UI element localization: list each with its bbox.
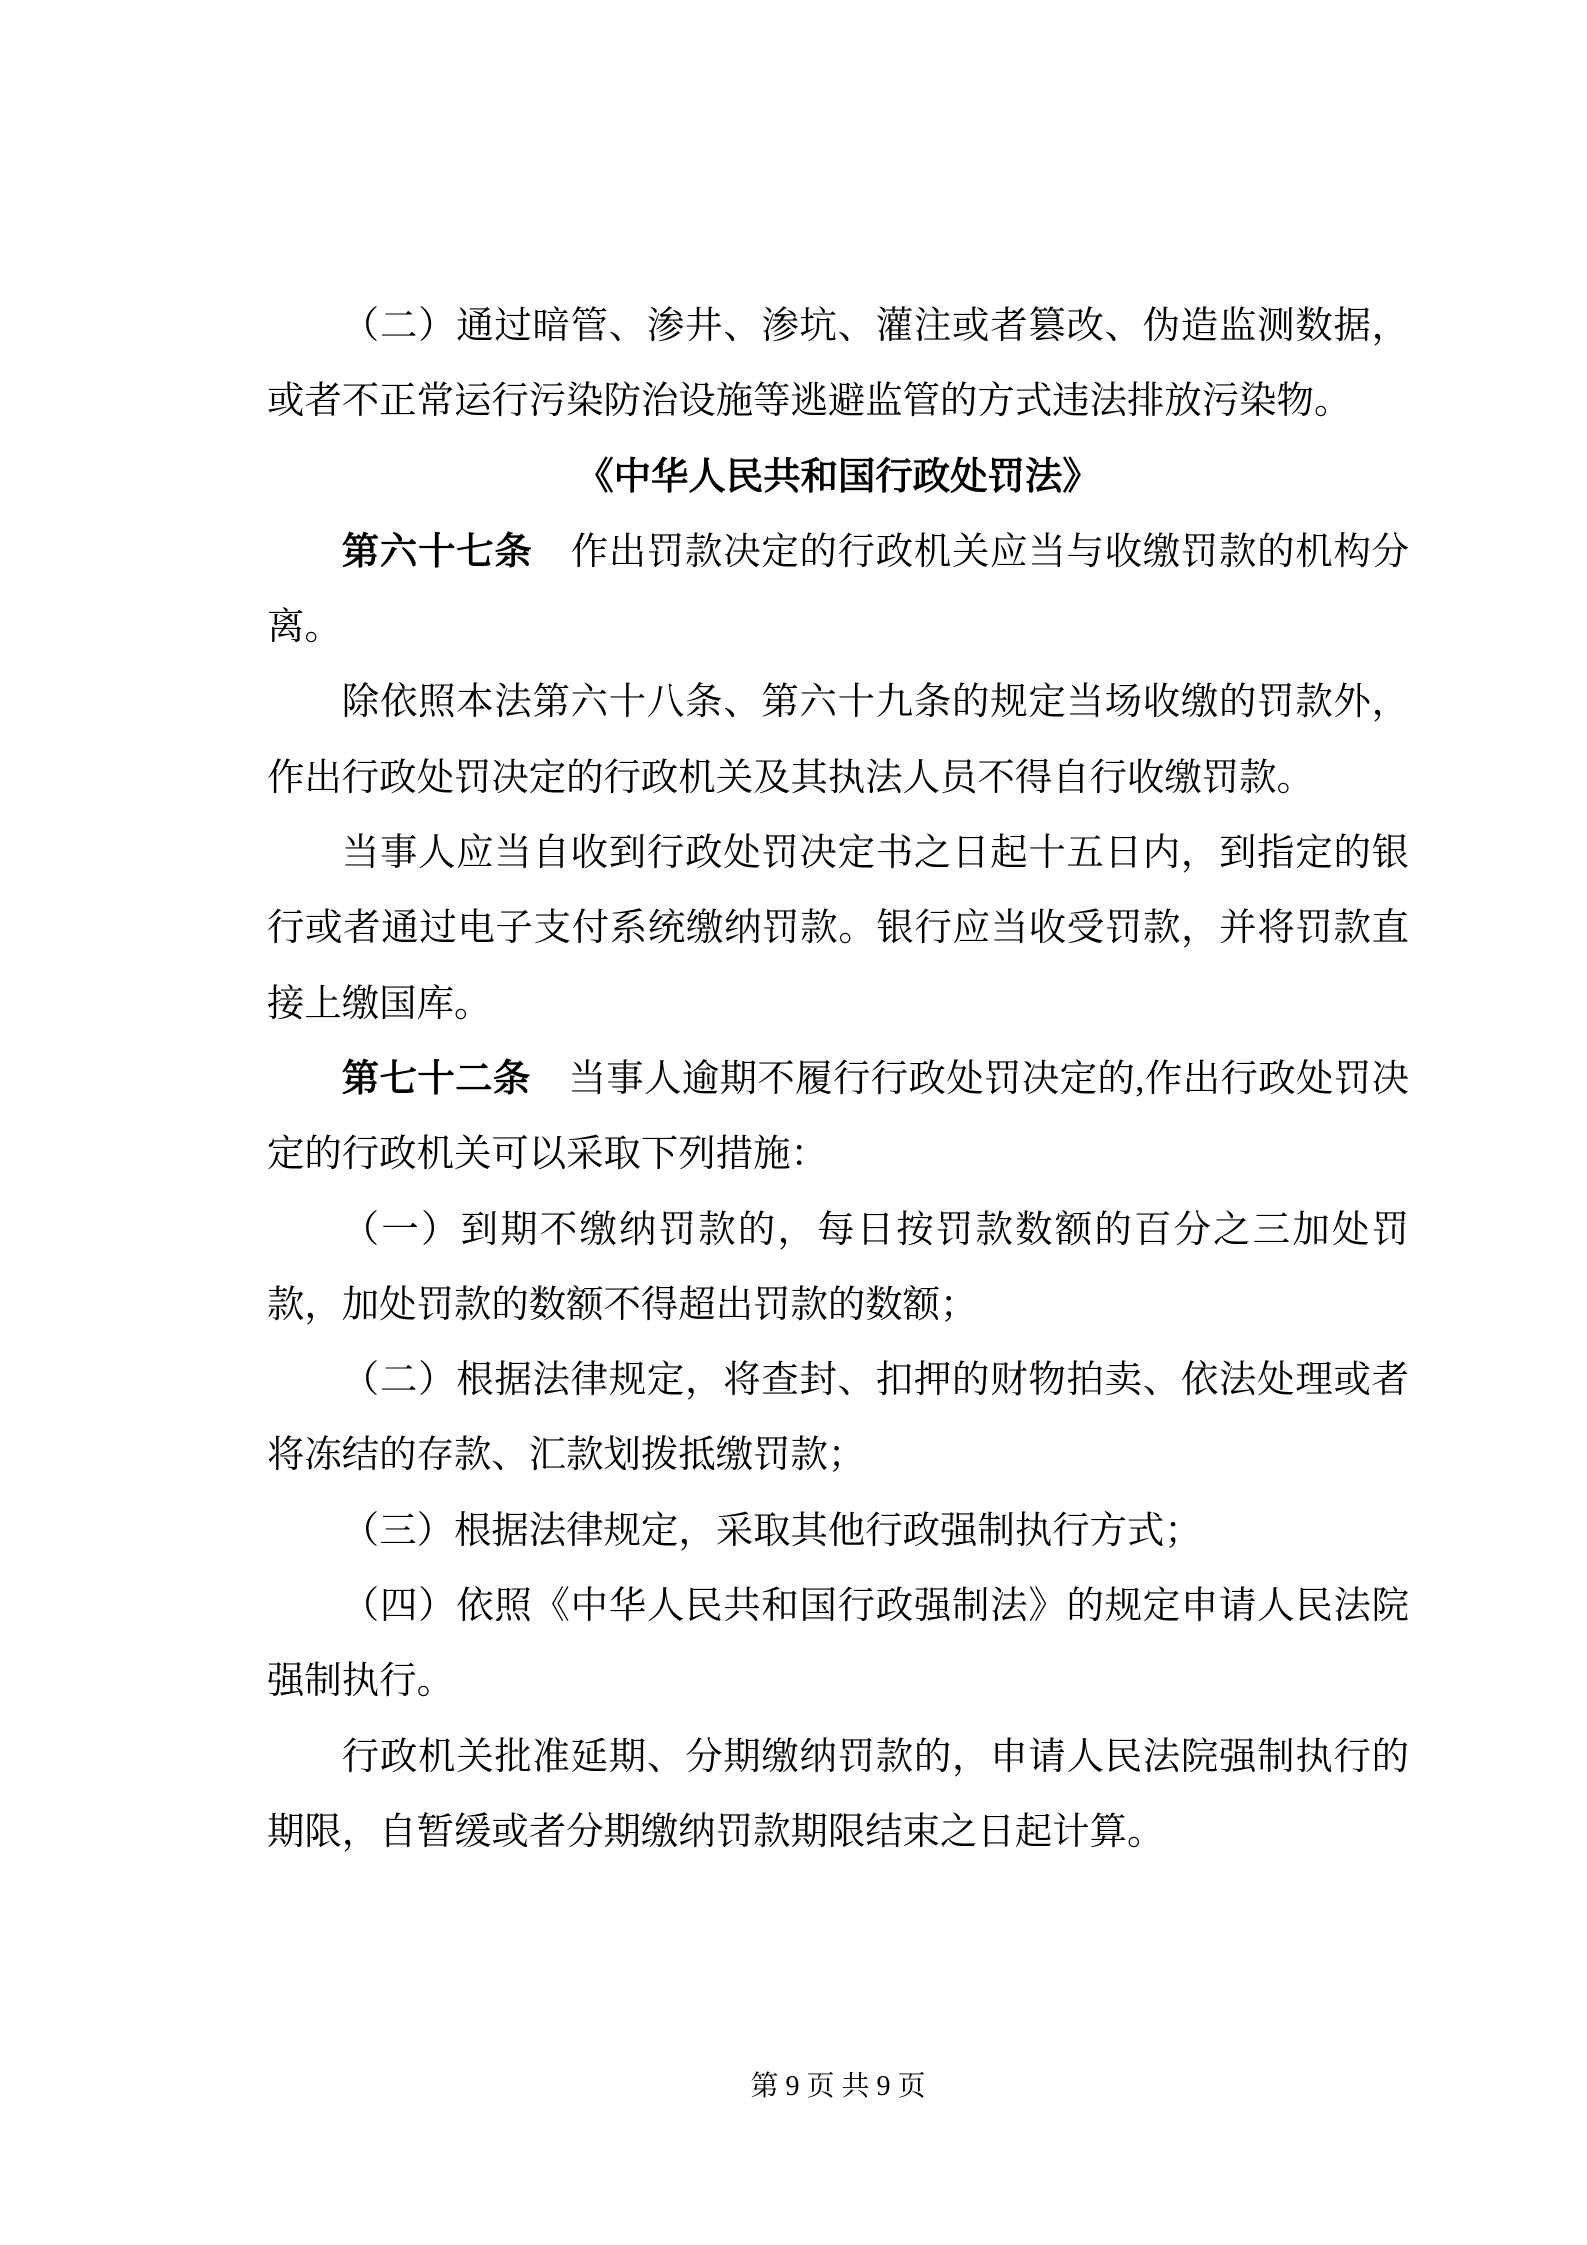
paragraph-text: （一）到期不缴纳罚款的，每日按罚款数额的百分之三加处罚款，加处罚款的数额不得超出…	[267, 1210, 1409, 1326]
paragraph-text: 《中华人民共和国行政处罚法》	[576, 457, 1099, 498]
paragraph-text: （三）根据法律规定，采取其他行政强制执行方式；	[342, 1511, 1202, 1552]
paragraph: 除依照本法第六十八条、第六十九条的规定当场收缴的罚款外，作出行政处罚决定的行政机…	[267, 665, 1409, 816]
paragraph: 第七十二条 当事人逾期不履行行政处罚决定的,作出行政处罚决定的行政机关可以采取下…	[267, 1042, 1409, 1193]
paragraph-text: （二）根据法律规定，将查封、扣押的财物拍卖、依法处理或者将冻结的存款、汇款划拨抵…	[267, 1360, 1409, 1476]
paragraph: 行政机关批准延期、分期缴纳罚款的，申请人民法院强制执行的期限，自暂缓或者分期缴纳…	[267, 1720, 1409, 1871]
paragraph-text: 当事人应当自收到行政处罚决定书之日起十五日内，到指定的银行或者通过电子支付系统缴…	[267, 833, 1409, 1025]
paragraph-text: （二）通过暗管、渗井、渗坑、灌注或者篡改、伪造监测数据，或者不正常运行污染防治设…	[267, 306, 1409, 422]
paragraph: （四）依照《中华人民共和国行政强制法》的规定申请人民法院强制执行。	[267, 1569, 1409, 1720]
page-number-footer: 第 9 页 共 9 页	[267, 2072, 1409, 2102]
article-number: 第六十七条	[342, 532, 533, 573]
paragraph-text: （四）依照《中华人民共和国行政强制法》的规定申请人民法院强制执行。	[267, 1586, 1409, 1702]
paragraph: 第六十七条 作出罚款决定的行政机关应当与收缴罚款的机构分离。	[267, 515, 1409, 666]
paragraph-text: 行政机关批准延期、分期缴纳罚款的，申请人民法院强制执行的期限，自暂缓或者分期缴纳…	[267, 1737, 1409, 1853]
article-number: 第七十二条	[342, 1059, 531, 1100]
paragraph: （二）通过暗管、渗井、渗坑、灌注或者篡改、伪造监测数据，或者不正常运行污染防治设…	[267, 289, 1409, 440]
paragraph: （二）根据法律规定，将查封、扣押的财物拍卖、依法处理或者将冻结的存款、汇款划拨抵…	[267, 1343, 1409, 1494]
document-page: （二）通过暗管、渗井、渗坑、灌注或者篡改、伪造监测数据，或者不正常运行污染防治设…	[0, 0, 1587, 2245]
document-body: （二）通过暗管、渗井、渗坑、灌注或者篡改、伪造监测数据，或者不正常运行污染防治设…	[267, 289, 1409, 1870]
paragraph: （三）根据法律规定，采取其他行政强制执行方式；	[267, 1494, 1409, 1569]
paragraph: （一）到期不缴纳罚款的，每日按罚款数额的百分之三加处罚款，加处罚款的数额不得超出…	[267, 1193, 1409, 1344]
paragraph-text: 除依照本法第六十八条、第六十九条的规定当场收缴的罚款外，作出行政处罚决定的行政机…	[267, 682, 1409, 798]
paragraph: 当事人应当自收到行政处罚决定书之日起十五日内，到指定的银行或者通过电子支付系统缴…	[267, 816, 1409, 1042]
law-title: 《中华人民共和国行政处罚法》	[267, 440, 1409, 515]
